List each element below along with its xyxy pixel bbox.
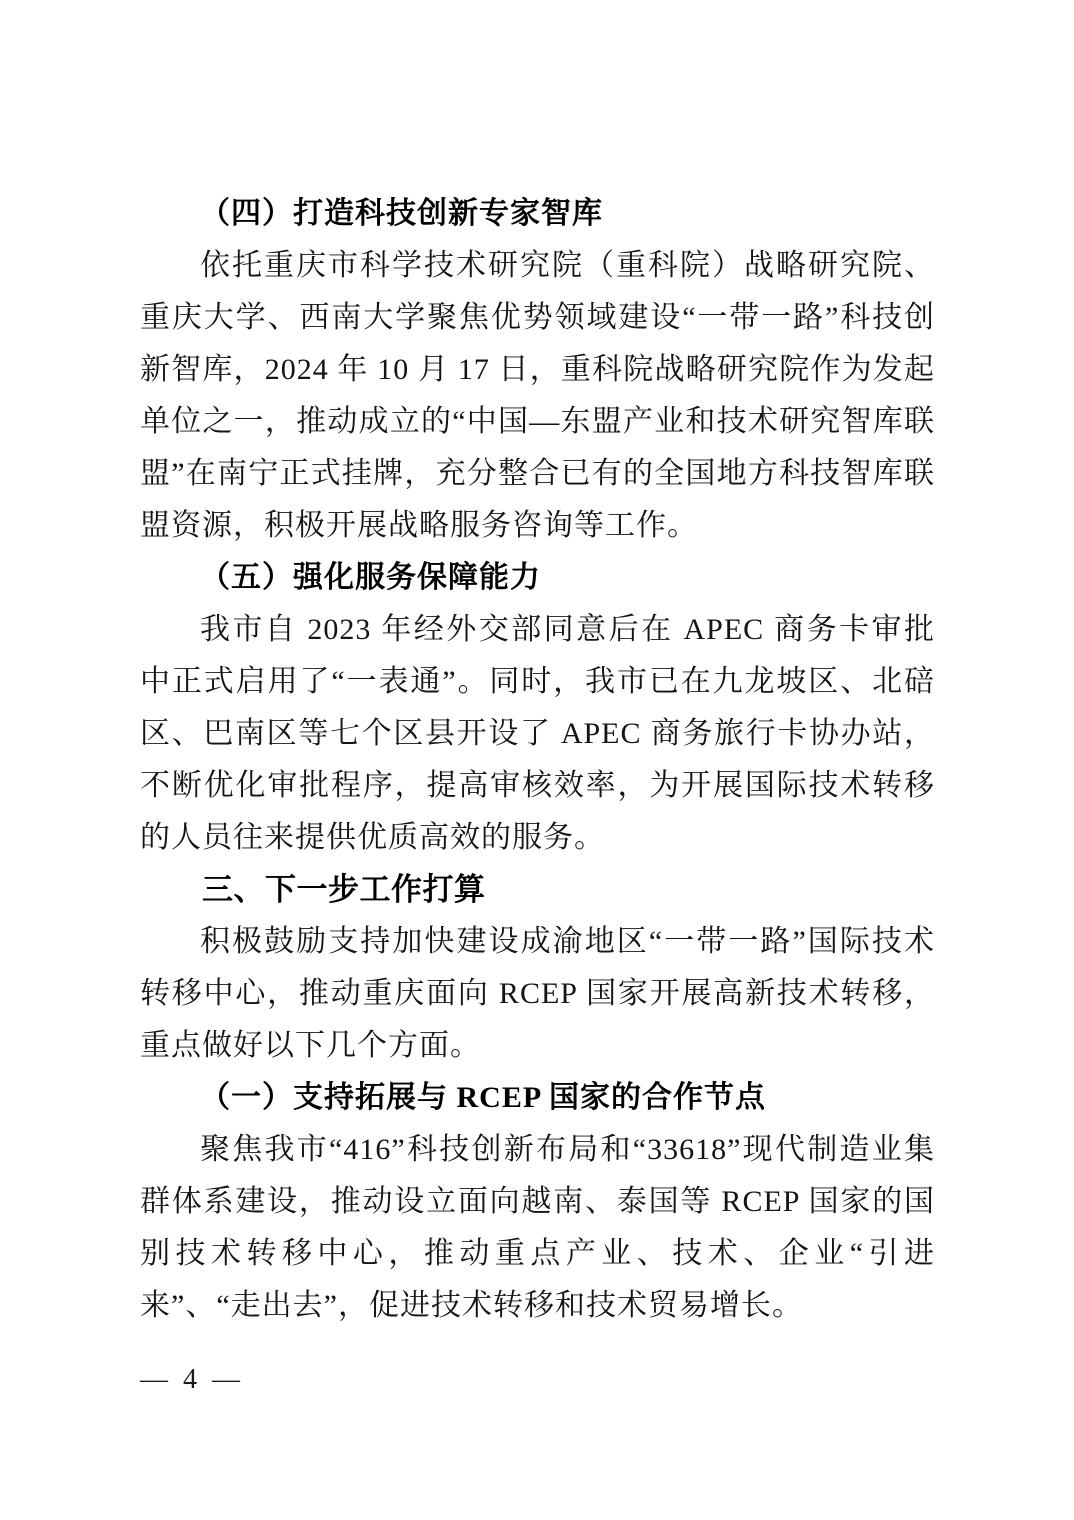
- sub-heading-wu-service-guarantee: （五）强化服务保障能力: [140, 552, 935, 604]
- section-heading-san-next-steps: 三、下一步工作打算: [140, 864, 935, 916]
- document-page: （四）打造科技创新专家智库 依托重庆市科学技术研究院（重科院）战略研究院、重庆大…: [0, 0, 1074, 1520]
- sub-heading-si-expert-think-tank: （四）打造科技创新专家智库: [140, 188, 935, 240]
- sub-heading-yi-rcep-cooperation: （一）支持拓展与 RCEP 国家的合作节点: [140, 1072, 935, 1124]
- paragraph-apec-card-detail: 我市自 2023 年经外交部同意后在 APEC 商务卡审批中正式启用了“一表通”…: [140, 604, 935, 864]
- paragraph-rcep-detail: 聚焦我市“416”科技创新布局和“33618”现代制造业集群体系建设，推动设立面…: [140, 1124, 935, 1332]
- paragraph-think-tank-detail: 依托重庆市科学技术研究院（重科院）战略研究院、重庆大学、西南大学聚焦优势领域建设…: [140, 240, 935, 552]
- page-number-footer: — 4 —: [140, 1360, 244, 1400]
- document-body: （四）打造科技创新专家智库 依托重庆市科学技术研究院（重科院）战略研究院、重庆大…: [140, 188, 935, 1332]
- paragraph-next-steps-intro: 积极鼓励支持加快建设成渝地区“一带一路”国际技术转移中心，推动重庆面向 RCEP…: [140, 916, 935, 1072]
